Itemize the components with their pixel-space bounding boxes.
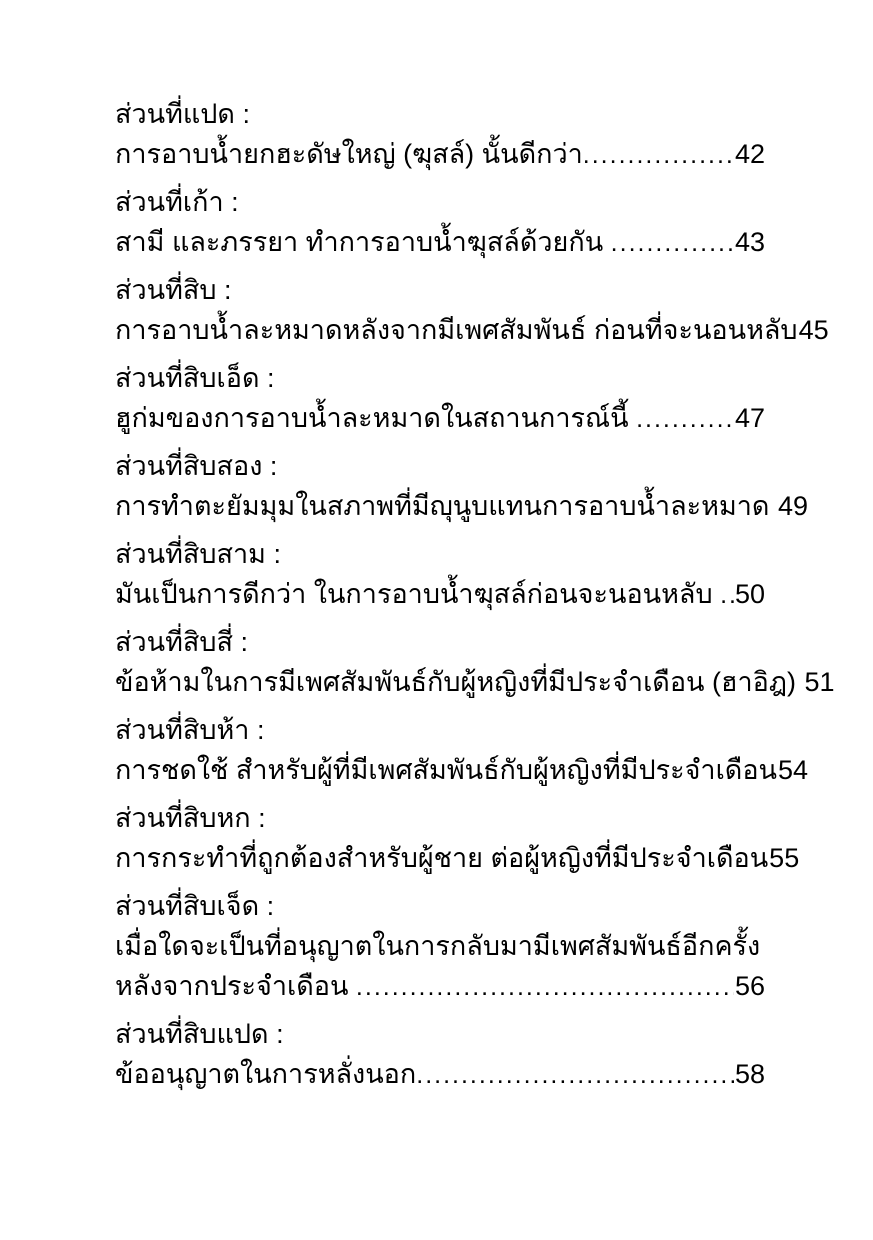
toc-page-number: 56 [734,966,765,1006]
toc-page-number: 45 [798,310,829,350]
dot-leader: ........................................… [416,1055,734,1095]
toc-section-heading: ส่วนที่สิบเอ็ด : [115,358,765,398]
toc-section-heading: ส่วนที่สิบแปด : [115,1014,765,1054]
toc-line-text: การทำตะยัมมุมในสภาพที่มีญุนูบแทนการอาบน้… [115,486,777,526]
toc-line: การอาบน้ำละหมาดหลังจากมีเพศสัมพันธ์ ก่อน… [115,310,765,351]
toc-line-text: สามี และภรรยา ทำการอาบน้ำฆุสล์ด้วยกัน [115,222,611,262]
toc-entry: ส่วนที่สิบห้า : การชดใช้ สำหรับผู้ที่มีเ… [115,710,765,791]
toc-entry: ส่วนที่เก้า : สามี และภรรยา ทำการอาบน้ำฆ… [115,182,765,263]
toc-line: มันเป็นการดีกว่า ในการอาบน้ำฆุสล์ก่อนจะน… [115,574,765,615]
toc-section-heading: ส่วนที่สิบสอง : [115,446,765,486]
toc-section-heading: ส่วนที่สิบเจ็ด : [115,886,765,926]
dot-leader: ........................................… [720,575,734,615]
dot-leader: ........................................… [636,399,734,439]
toc-line: การอาบน้ำยกฮะดัษใหญ่ (ฆุสล์) นั้นดีกว่า … [115,134,765,175]
toc-entry: ส่วนที่สิบสี่ : ข้อห้ามในการมีเพศสัมพันธ… [115,622,765,703]
toc-line-text: หลังจากประจำเดือน [115,966,356,1006]
toc-page-number: 51 [803,662,834,702]
toc-page-number: 42 [734,134,765,174]
toc-line: หลังจากประจำเดือน ......................… [115,966,765,1007]
toc-line-text: เมื่อใดจะเป็นที่อนุญาตในการกลับมามีเพศสั… [115,926,760,966]
toc-section-heading: ส่วนที่สิบหก : [115,798,765,838]
dot-leader: ........................................… [611,223,734,263]
toc-line: สามี และภรรยา ทำการอาบน้ำฆุสล์ด้วยกัน ..… [115,222,765,263]
toc-section-heading: ส่วนที่สิบ : [115,270,765,310]
toc-entry: ส่วนที่สิบหก : การกระทำที่ถูกต้องสำหรับผ… [115,798,765,879]
toc-entry: ส่วนที่สิบสอง : การทำตะยัมมุมในสภาพที่มี… [115,446,765,527]
dot-leader: ........................................… [583,135,734,175]
toc-line-text: ข้อห้ามในการมีเพศสัมพันธ์กับผู้หญิงที่มี… [115,662,803,702]
toc-section-heading: ส่วนที่เก้า : [115,182,765,222]
toc-page-number: 49 [777,486,808,526]
toc-line: ข้อห้ามในการมีเพศสัมพันธ์กับผู้หญิงที่มี… [115,662,765,703]
toc-page-number: 50 [734,574,765,614]
toc-line: เมื่อใดจะเป็นที่อนุญาตในการกลับมามีเพศสั… [115,926,765,966]
toc-entry: ส่วนที่สิบ : การอาบน้ำละหมาดหลังจากมีเพศ… [115,270,765,351]
table-of-contents: ส่วนที่แปด : การอาบน้ำยกฮะดัษใหญ่ (ฆุสล์… [115,94,765,1102]
toc-entry: ส่วนที่สิบสาม : มันเป็นการดีกว่า ในการอา… [115,534,765,615]
toc-line-text: การอาบน้ำละหมาดหลังจากมีเพศสัมพันธ์ ก่อน… [115,310,798,350]
toc-entry: ส่วนที่แปด : การอาบน้ำยกฮะดัษใหญ่ (ฆุสล์… [115,94,765,175]
toc-page-number: 58 [734,1054,765,1094]
toc-line: การชดใช้ สำหรับผู้ที่มีเพศสัมพันธ์กับผู้… [115,750,765,791]
dot-leader: ........................................… [356,967,734,1007]
toc-line: การกระทำที่ถูกต้องสำหรับผู้ชาย ต่อผู้หญิ… [115,838,765,879]
toc-line: ข้ออนุญาตในการหลั่งนอก .................… [115,1054,765,1095]
toc-page-number: 54 [777,750,808,790]
toc-page-number: 43 [734,222,765,262]
toc-line-text: ฮูก่มของการอาบน้ำละหมาดในสถานการณ์นี้ [115,398,636,438]
toc-entry: ส่วนที่สิบเอ็ด : ฮูก่มของการอาบน้ำละหมาด… [115,358,765,439]
toc-section-heading: ส่วนที่แปด : [115,94,765,134]
toc-line-text: ข้ออนุญาตในการหลั่งนอก [115,1054,416,1094]
toc-section-heading: ส่วนที่สิบสาม : [115,534,765,574]
toc-section-heading: ส่วนที่สิบห้า : [115,710,765,750]
toc-entry: ส่วนที่สิบแปด : ข้ออนุญาตในการหลั่งนอก .… [115,1014,765,1095]
toc-entry: ส่วนที่สิบเจ็ด : เมื่อใดจะเป็นที่อนุญาตใ… [115,886,765,1007]
document-page: ส่วนที่แปด : การอาบน้ำยกฮะดัษใหญ่ (ฆุสล์… [0,0,873,1240]
toc-line: ฮูก่มของการอาบน้ำละหมาดในสถานการณ์นี้ ..… [115,398,765,439]
toc-line: การทำตะยัมมุมในสภาพที่มีญุนูบแทนการอาบน้… [115,486,765,527]
toc-page-number: 47 [734,398,765,438]
toc-line-text: การชดใช้ สำหรับผู้ที่มีเพศสัมพันธ์กับผู้… [115,750,777,790]
toc-line-text: การกระทำที่ถูกต้องสำหรับผู้ชาย ต่อผู้หญิ… [115,838,768,878]
toc-section-heading: ส่วนที่สิบสี่ : [115,622,765,662]
toc-line-text: การอาบน้ำยกฮะดัษใหญ่ (ฆุสล์) นั้นดีกว่า [115,134,583,174]
toc-line-text: มันเป็นการดีกว่า ในการอาบน้ำฆุสล์ก่อนจะน… [115,574,720,614]
toc-page-number: 55 [768,838,799,878]
